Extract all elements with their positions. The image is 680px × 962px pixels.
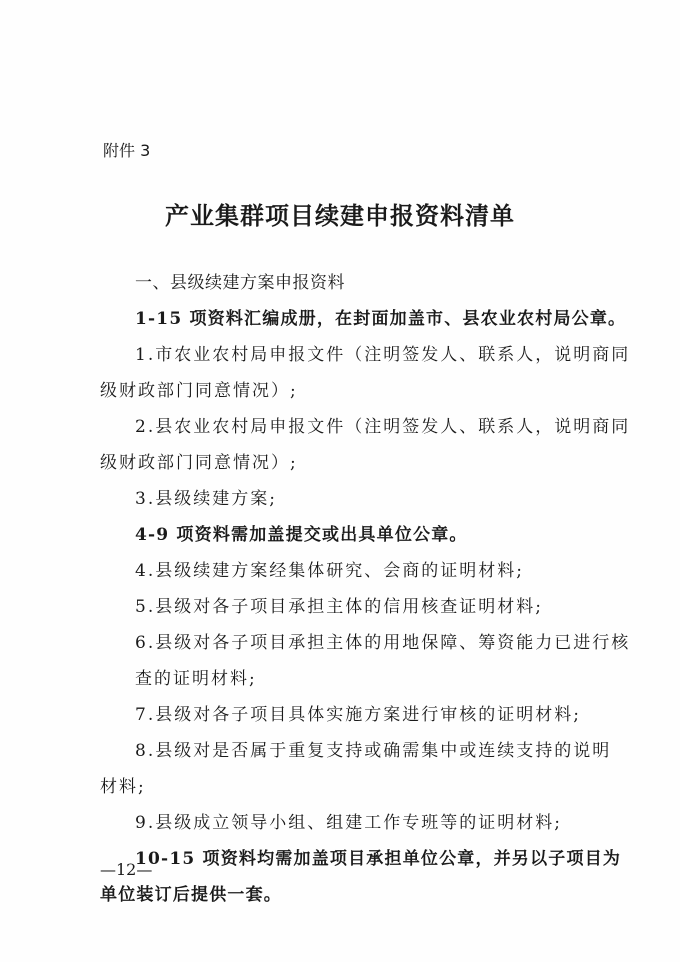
list-item-8-continued: 材料; bbox=[100, 772, 146, 797]
list-item-6-continued: 查的证明材料; bbox=[135, 664, 257, 689]
list-item-5: 5.县级对各子项目承担主体的信用核查证明材料; bbox=[135, 592, 543, 617]
list-item-3: 3.县级续建方案; bbox=[135, 484, 277, 509]
note-items-4-9: 4-9 项资料需加盖提交或出具单位公章。 bbox=[135, 520, 468, 545]
list-item-1: 1.市农业农村局申报文件（注明签发人、联系人，说明商同 bbox=[135, 340, 630, 365]
page-number: —12— bbox=[100, 860, 152, 879]
list-item-2: 2.县农业农村局申报文件（注明签发人、联系人，说明商同 bbox=[135, 412, 630, 437]
list-item-2-continued: 级财政部门同意情况）; bbox=[100, 448, 298, 473]
list-item-4: 4.县级续建方案经集体研究、会商的证明材料; bbox=[135, 556, 524, 581]
note-items-1-15: 1-15 项资料汇编成册，在封面加盖市、县农业农村局公章。 bbox=[135, 304, 626, 329]
list-item-6: 6.县级对各子项目承担主体的用地保障、筹资能力已进行核 bbox=[135, 628, 630, 653]
note-items-10-15-continued: 单位装订后提供一套。 bbox=[100, 880, 282, 905]
attachment-label: 附件 3 bbox=[103, 138, 150, 161]
list-item-8: 8.县级对是否属于重复支持或确需集中或连续支持的说明 bbox=[135, 736, 611, 761]
list-item-9: 9.县级成立领导小组、组建工作专班等的证明材料; bbox=[135, 808, 562, 833]
list-item-7: 7.县级对各子项目具体实施方案进行审核的证明材料; bbox=[135, 700, 581, 725]
document-title: 产业集群项目续建申报资料清单 bbox=[0, 196, 680, 231]
list-item-1-continued: 级财政部门同意情况）; bbox=[100, 376, 298, 401]
note-items-10-15: 10-15 项资料均需加盖项目承担单位公章，并另以子项目为 bbox=[135, 844, 621, 869]
section-heading: 一、县级续建方案申报资料 bbox=[135, 268, 345, 293]
